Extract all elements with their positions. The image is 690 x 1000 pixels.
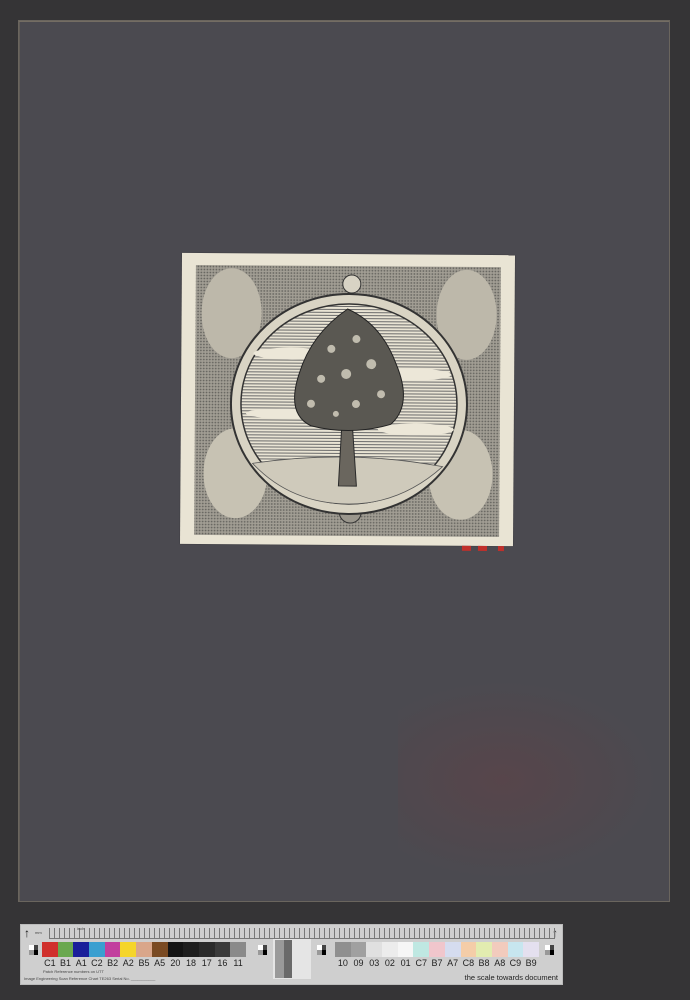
patch-C1	[42, 942, 58, 957]
patch-11	[230, 942, 246, 957]
color-reference-target: ↑ ↑ mm inch C1B1A1C2B2A2B5A52018171611 1…	[20, 924, 563, 985]
patch-label: 16	[215, 958, 231, 968]
patch-A8	[492, 942, 508, 957]
patch-B5	[136, 942, 152, 957]
patch-B7	[429, 942, 445, 957]
patch-B9	[523, 942, 539, 957]
target-footer: Image Engineering Scan Reference Chart T…	[24, 976, 155, 981]
patch-B8	[476, 942, 492, 957]
patch-label: A7	[445, 958, 461, 968]
patch-label: 11	[230, 958, 246, 968]
patch-C2	[89, 942, 105, 957]
gray-patches	[335, 942, 539, 957]
patch-17	[199, 942, 215, 957]
up-arrow-icon: ↑	[24, 926, 30, 940]
patch-label: B2	[105, 958, 121, 968]
patch-16	[215, 942, 231, 957]
patch-label: 03	[366, 958, 382, 968]
bw-marker	[317, 945, 326, 955]
patch-label: C9	[508, 958, 524, 968]
patch-label: B9	[523, 958, 539, 968]
patch-label: C8	[461, 958, 477, 968]
patch-label: A1	[73, 958, 89, 968]
gray-patch-labels: 1009030201C7B7A7C8B8A8C9B9	[335, 958, 539, 968]
color-patches	[42, 942, 246, 957]
scale-caption: the scale towards document	[465, 973, 558, 982]
patch-label: 20	[168, 958, 184, 968]
bw-marker	[258, 945, 267, 955]
patch-20	[168, 942, 184, 957]
patch-09	[351, 942, 367, 957]
patch-03	[366, 942, 382, 957]
patch-B1	[58, 942, 74, 957]
color-patch-labels: C1B1A1C2B2A2B5A52018171611	[42, 958, 246, 968]
red-mark	[462, 546, 471, 551]
red-mark	[498, 546, 504, 551]
patch-label: 10	[335, 958, 351, 968]
patch-label: B1	[58, 958, 74, 968]
board-stain	[398, 680, 658, 880]
patch-label: 09	[351, 958, 367, 968]
patch-A5	[152, 942, 168, 957]
bw-marker	[545, 945, 554, 955]
woodcut-illustration	[180, 253, 515, 546]
patch-label: B7	[429, 958, 445, 968]
patch-A2	[120, 942, 136, 957]
patch-01	[398, 942, 414, 957]
ruler-unit: mm	[35, 930, 42, 935]
red-mark	[478, 546, 487, 551]
patch-C9	[508, 942, 524, 957]
patch-label: B8	[476, 958, 492, 968]
patch-02	[382, 942, 398, 957]
patch-label: C7	[413, 958, 429, 968]
density-block	[273, 939, 311, 979]
patch-label: 01	[398, 958, 414, 968]
patch-C8	[461, 942, 477, 957]
patch-B2	[105, 942, 121, 957]
ruler-label: inch	[77, 926, 84, 931]
patch-label: B5	[136, 958, 152, 968]
patch-label: C2	[89, 958, 105, 968]
patch-label: C1	[42, 958, 58, 968]
patch-A7	[445, 942, 461, 957]
patch-label: 17	[199, 958, 215, 968]
patch-A1	[73, 942, 89, 957]
patch-note: Patch Reference numbers on UTT	[43, 969, 104, 974]
patch-C7	[413, 942, 429, 957]
patch-10	[335, 942, 351, 957]
woodcut-print	[180, 253, 515, 546]
ruler	[49, 928, 555, 939]
patch-label: A2	[120, 958, 136, 968]
patch-label: A8	[492, 958, 508, 968]
bw-marker	[29, 945, 38, 955]
patch-label: 18	[183, 958, 199, 968]
patch-label: 02	[382, 958, 398, 968]
patch-18	[183, 942, 199, 957]
patch-label: A5	[152, 958, 168, 968]
